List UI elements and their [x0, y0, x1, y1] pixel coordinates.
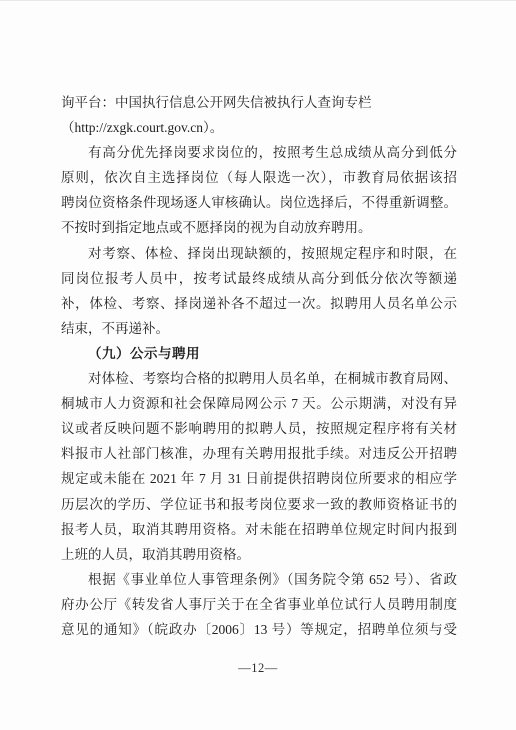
page-number: —12— [0, 661, 516, 676]
text-line: 料报市人社部门核准，办理有关聘用报批手续。对违反公开招聘 [61, 441, 457, 466]
text-line: 对考察、体检、择岗出现缺额的，按照规定程序和时限，在 [61, 241, 457, 266]
text-line: 规定或未能在 2021 年 7 月 31 日前提供招聘岗位所要求的相应学 [61, 466, 457, 491]
document-page: 询平台：中国执行信息公开网失信被执行人查询专栏（http://zxgk.cour… [0, 0, 516, 730]
text-line: （http://zxgk.court.gov.cn）。 [61, 115, 457, 140]
text-line: 同岗位报考人员中，按考试最终成绩从高分到低分依次等额递 [61, 266, 457, 291]
text-line: 结束，不再递补。 [61, 316, 457, 341]
text-line: 桐城市人力资源和社会保障局网公示 7 天。公示期满，对没有异 [61, 391, 457, 416]
text-line: 根据《事业单位人事管理条例》（国务院令第 652 号）、省政 [61, 567, 457, 592]
text-line: 不按时到指定地点或不愿择岗的视为自动放弃聘用。 [61, 215, 457, 240]
text-line: 议或者反映问题不影响聘用的拟聘人员，按照规定程序将有关材 [61, 416, 457, 441]
text-line: 上班的人员，取消其聘用资格。 [61, 542, 457, 567]
text-line: 补，体检、考察、择岗递补各不超过一次。拟聘用人员名单公示 [61, 291, 457, 316]
text-line: 报考人员，取消其聘用资格。对未能在招聘单位规定时间内报到 [61, 517, 457, 542]
text-line: 对体检、考察均合格的拟聘用人员名单，在桐城市教育局网、 [61, 366, 457, 391]
text-line: 询平台：中国执行信息公开网失信被执行人查询专栏 [61, 90, 457, 115]
document-text-block: 询平台：中国执行信息公开网失信被执行人查询专栏（http://zxgk.cour… [61, 90, 457, 642]
text-line: 意见的通知》（皖政办〔2006〕13 号）等规定，招聘单位须与受 [61, 617, 457, 642]
section-heading: （九）公示与聘用 [61, 341, 457, 366]
text-line: 原则，依次自主选择岗位（每人限选一次），市教育局依据该招 [61, 165, 457, 190]
text-line: 聘岗位资格条件现场逐人审核确认。岗位选择后，不得重新调整。 [61, 190, 457, 215]
text-line: 府办公厅《转发省人事厅关于在全省事业单位试行人员聘用制度 [61, 592, 457, 617]
text-line: 历层次的学历、学位证书和报考岗位要求一致的教师资格证书的 [61, 492, 457, 517]
text-line: 有高分优先择岗要求岗位的，按照考生总成绩从高分到低分 [61, 140, 457, 165]
